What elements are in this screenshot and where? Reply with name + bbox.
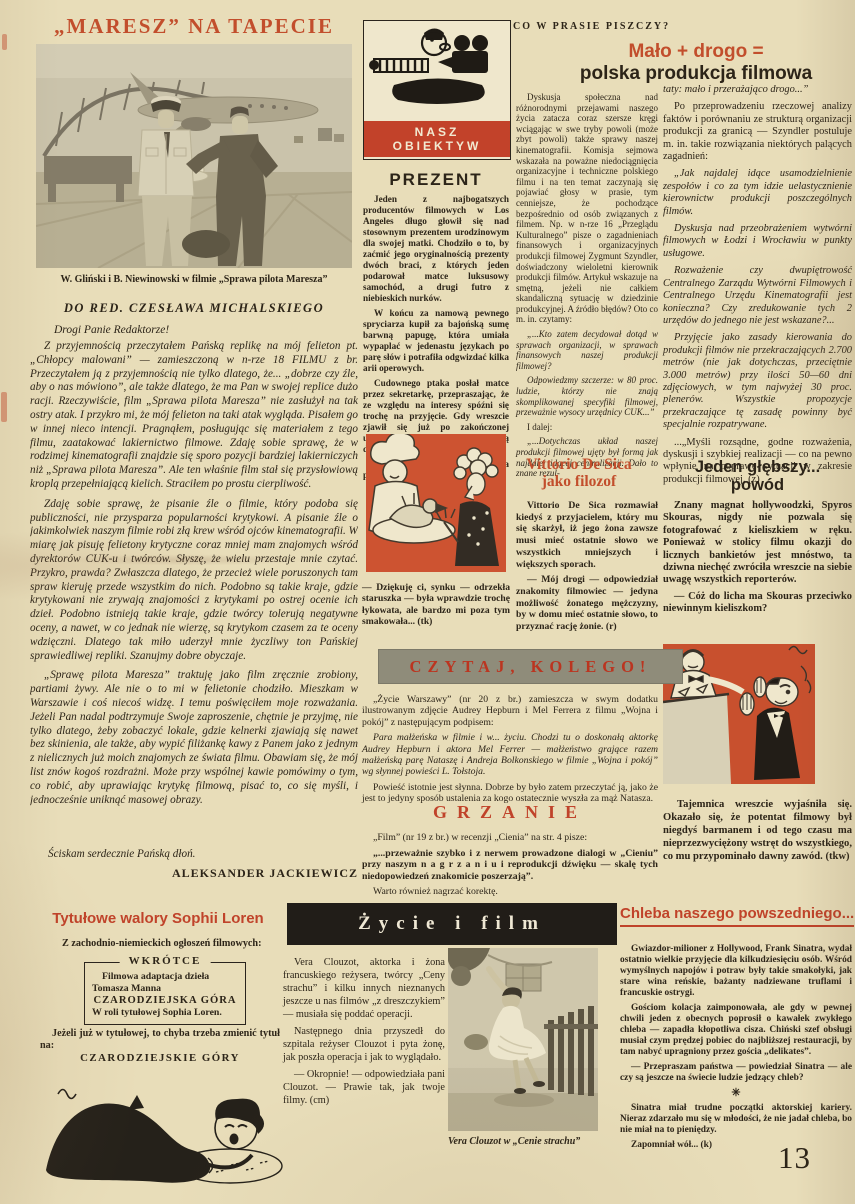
press-paragraph: Dyskusja nad przeobrażeniem wytwórni fil… bbox=[663, 223, 852, 260]
letter-paragraph: Z przyjemnością przeczytałem Pańską repl… bbox=[30, 340, 358, 492]
sophia-intro: Z zachodnio-niemieckich ogłoszeń filmowy… bbox=[48, 938, 270, 950]
wkrotce-line: Filmowa adaptacja dzieła Tomasza Manna bbox=[92, 971, 238, 994]
cameraman-cartoon bbox=[366, 23, 508, 115]
sophia-caricature bbox=[40, 1066, 290, 1196]
vittorio-body: Vittorio De Sica rozmawiał kiedyś z przy… bbox=[516, 500, 658, 637]
chleba-paragraph: Sinatra miał trudne początki aktorskiej … bbox=[620, 1103, 852, 1136]
skouras-paragraph: — Cóż do licha ma Skouras przeciwko niew… bbox=[663, 591, 852, 616]
vera-paragraph: — Okropnie! — odpowiedziała pani Clouzot… bbox=[283, 1068, 445, 1107]
press-paragraph: Odpowiedzmy szczerze: w 80 proc. ludzie,… bbox=[516, 375, 658, 417]
vera-photo bbox=[448, 948, 598, 1131]
letter-signature: ALEKSANDER JACKIEWICZ bbox=[30, 866, 358, 881]
press-kicker: CO W PRASIE PISZCZY? bbox=[513, 21, 733, 32]
press-column-2: taty: mało i przerażająco drogo...” Po p… bbox=[663, 84, 852, 491]
skouras-heading-line1: Jeden głębszy... bbox=[663, 458, 852, 476]
press-paragraph: „Jak najdalej idące usamodzielnienie zes… bbox=[663, 168, 852, 218]
press-paragraph: Dyskusja społeczna nad różnorodnymi prze… bbox=[516, 92, 658, 325]
letter-paragraph: Zdaję sobie sprawę, że pisanie źle o fil… bbox=[30, 498, 358, 664]
skouras-body: Znany magnat hollywoodzki, Spyros Skoura… bbox=[663, 500, 852, 620]
airport-scene-photo bbox=[36, 44, 352, 268]
wkrotce-label: WKRÓTCE bbox=[120, 955, 211, 967]
vittorio-paragraph: — Mój drogi — odpowiedział znakomity fil… bbox=[516, 574, 658, 633]
press-headline-black: polska produkcja filmowa bbox=[540, 63, 852, 85]
vera-body: Vera Clouzot, aktorka i żona francuskieg… bbox=[283, 956, 445, 1111]
print-mark bbox=[2, 34, 7, 50]
letter-closing: Ściskam serdecznie Pańską dłoń. bbox=[30, 848, 358, 860]
magazine-page: „MARESZ” NA TAPECIE bbox=[0, 0, 855, 1204]
letter-paragraph: „Sprawę pilota Maresza” traktuję jako fi… bbox=[30, 669, 358, 807]
grzanie-heading: GRZANIE bbox=[362, 802, 658, 823]
press-paragraph: I dalej: bbox=[516, 422, 658, 433]
bartender-caption: Tajemnica wreszcie wyjaśniła się. Okazał… bbox=[663, 798, 852, 863]
page-number: 13 bbox=[778, 1140, 811, 1176]
vera-paragraph: Następnego dnia przyszedł do szpitala re… bbox=[283, 1025, 445, 1064]
skouras-paragraph: Znany magnat hollywoodzki, Spyros Skoura… bbox=[663, 500, 852, 587]
print-mark bbox=[1, 392, 7, 422]
press-paragraph: Przyjęcie jako zasady kierowania do prod… bbox=[663, 332, 852, 431]
press-column-1: Dyskusja społeczna nad różnorodnymi prze… bbox=[516, 92, 658, 483]
zycie-film-banner: Życie i film bbox=[287, 903, 617, 945]
sophia-alt-title: CZARODZIEJSKIE GÓRY bbox=[40, 1052, 280, 1064]
parrot-illustration bbox=[362, 434, 510, 578]
vera-photo-caption: Vera Clouzot w „Cenie strachu” bbox=[448, 1136, 608, 1147]
chleba-paragraph: Zapomniał wół... (k) bbox=[620, 1140, 852, 1151]
press-paragraph: taty: mało i przerażająco drogo...” bbox=[663, 84, 852, 96]
press-paragraph: Rozważenie czy dwupiętrowość Centralnego… bbox=[663, 265, 852, 327]
star-separator: ✳ bbox=[620, 1088, 852, 1099]
czytaj-paragraph: Para małżeńska w filmie i w... życiu. Ch… bbox=[362, 732, 658, 778]
czytaj-banner-label: CZYTAJ, KOLEGO! bbox=[410, 657, 652, 676]
chleba-paragraph: Gwiazdor-milioner z Hollywood, Frank Sin… bbox=[620, 944, 852, 999]
press-paragraph: „...Kto zatem decydował dotąd w sprawach… bbox=[516, 329, 658, 371]
obiektyw-box: NASZ OBIEKTYW bbox=[363, 20, 511, 160]
zycie-film-banner-label: Życie i film bbox=[358, 913, 546, 934]
chleba-body: Gwiazdor-milioner z Hollywood, Frank Sin… bbox=[620, 944, 852, 1155]
press-headline-red: Mało + drogo = bbox=[540, 41, 852, 63]
letter-body: Z przyjemnością przeczytałem Pańską repl… bbox=[30, 340, 358, 844]
prezent-paragraph: Jeden z najbogatszych producentów filmow… bbox=[363, 194, 509, 304]
grzanie-paragraph: „...przeważnie szybko i z nerwem prowadz… bbox=[362, 848, 658, 883]
skouras-heading: Jeden głębszy... powód bbox=[663, 458, 852, 494]
vittorio-heading-line1: Vittorio De Sica bbox=[500, 456, 658, 473]
bartender-illustration bbox=[663, 644, 815, 790]
wkrotce-box: WKRÓTCE Filmowa adaptacja dzieła Tomasza… bbox=[84, 962, 246, 1025]
vittorio-heading: Vittorio De Sica jako filozof bbox=[500, 456, 658, 490]
wkrotce-line: W roli tytułowej Sophia Loren. bbox=[92, 1007, 238, 1019]
czytaj-banner: CZYTAJ, KOLEGO! bbox=[378, 649, 683, 684]
maresz-photo-caption: W. Gliński i B. Niewinowski w filmie „Sp… bbox=[30, 274, 358, 285]
maresz-photo bbox=[36, 44, 352, 268]
letter-salutation: Drogi Panie Redaktorze! bbox=[30, 324, 358, 336]
vittorio-heading-line2: jako filozof bbox=[500, 473, 658, 490]
press-paragraph: Po przeprowadzeniu rzeczowej analizy fak… bbox=[663, 101, 852, 163]
sophia-comment: Jeżeli już w tytułowej, to chyba trzeba … bbox=[40, 1028, 280, 1052]
letter-heading: DO RED. CZESŁAWA MICHALSKIEGO bbox=[30, 301, 358, 316]
prezent-paragraph: W końcu za namową pewnego spryciarza kup… bbox=[363, 308, 509, 374]
wkrotce-line: CZARODZIEJSKA GÓRA bbox=[92, 994, 238, 1007]
grzanie-paragraph: „Film” (nr 19 z br.) w recenzji „Cienia”… bbox=[362, 832, 658, 844]
vittorio-paragraph: Vittorio De Sica rozmawiał kiedyś z przy… bbox=[516, 500, 658, 570]
maresz-headline: „MARESZ” NA TAPECIE bbox=[30, 14, 358, 39]
chleba-heading: Chleba naszego powszedniego... bbox=[620, 905, 854, 927]
czytaj-paragraph: „Życie Warszawy” (nr 20 z br.) zamieszcz… bbox=[362, 694, 658, 728]
skouras-heading-line2: powód bbox=[663, 476, 852, 494]
artist-signature bbox=[58, 1090, 76, 1099]
czytaj-body: „Życie Warszawy” (nr 20 z br.) zamieszcz… bbox=[362, 694, 658, 809]
nasz-obiektyw-logo: NASZ OBIEKTYW bbox=[364, 121, 510, 157]
chleba-paragraph: — Przepraszam państwa — powiedział Sinat… bbox=[620, 1062, 852, 1084]
grzanie-body: „Film” (nr 19 z br.) w recenzji „Cienia”… bbox=[362, 832, 658, 902]
parrot-caption: — Dziękuję ci, synku — odrzekła staruszk… bbox=[362, 582, 510, 628]
sophia-heading: Tytułowe walory Sophii Loren bbox=[30, 910, 286, 927]
prezent-heading: PREZENT bbox=[363, 170, 509, 190]
chleba-paragraph: Gościom kolacja zaimponowała, ale gdy w … bbox=[620, 1003, 852, 1058]
grzanie-paragraph: Warto również nagrzać korektę. bbox=[362, 886, 658, 898]
vera-paragraph: Vera Clouzot, aktorka i żona francuskieg… bbox=[283, 956, 445, 1021]
